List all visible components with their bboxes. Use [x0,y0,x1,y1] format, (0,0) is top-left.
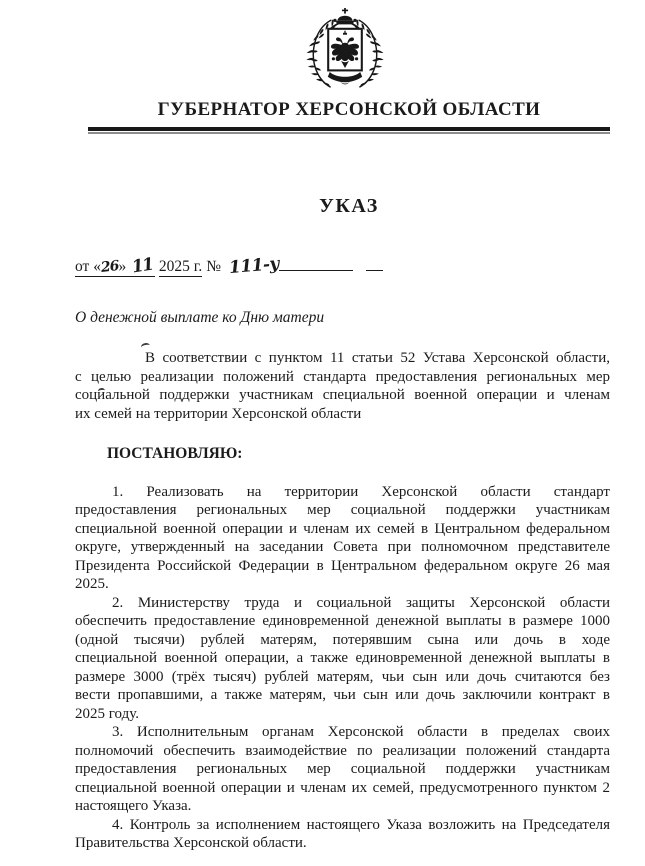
decree-document-page: ГУБЕРНАТОР ХЕРСОНСКОЙ ОБЛАСТИ УКАЗ от «2… [0,0,645,866]
text-line: размере 3000 (трёх тысяч) рублей матерям… [75,668,610,687]
decree-subject: О денежной выплате ко Дню матери [75,309,324,327]
year-field: 2025 г. [159,258,202,277]
rule-thin-line [88,132,610,134]
text-line: округе, утвержденный на заседании Совета… [75,538,610,557]
handwritten-decree-number: 111-у [228,254,280,278]
text-line: В соответствии с пунктом 11 статьи 52 Ус… [75,349,610,368]
text-line: настоящего Указа. [75,797,610,816]
text-line: Президента Российской Федерации в Центра… [75,557,610,576]
text-line: предоставления региональных мер социальн… [75,760,610,779]
date-prefix: от « [75,258,101,275]
decree-item-3: 3. Исполнительным органам Херсонской обл… [75,723,610,816]
text-line: вести пропавшими, а также матерям, чьи с… [75,686,610,705]
document-type-title: УКАЗ [88,195,610,218]
text-line: их семей на территории Херсонской област… [75,405,610,424]
decree-body: В соответствии с пунктом 11 статьи 52 Ус… [75,349,610,853]
number-sign: № [206,258,221,275]
text-line: 2. Министерству труда и социальной защит… [75,594,610,613]
text-line: 4. Контроль за исполнением настоящего Ук… [75,816,610,835]
rule-thick-line [88,127,610,131]
decree-item-1: 1. Реализовать на территории Херсонской … [75,483,610,594]
handwritten-day: 26 [100,258,119,276]
date-close-quote: » [118,258,126,275]
date-blank-field: от «26»11 [75,258,155,277]
text-line: специальной военной операции и членам их… [75,779,610,798]
scan-artifact [98,388,106,395]
decree-item-4: 4. Контроль за исполнением настоящего Ук… [75,816,610,853]
coat-of-arms-icon [297,8,393,96]
text-line: предоставления региональных мер социальн… [75,501,610,520]
text-line: полномочий обеспечить взаимодействие по … [75,742,610,761]
handwritten-month: 11 [131,255,155,278]
text-line: Правительства Херсонской области. [75,834,610,853]
letterhead-rule [88,127,610,134]
trailing-dash [366,261,383,271]
text-line: специальной военной операции и членам их… [75,520,610,539]
intro-paragraph: В соответствии с пунктом 11 статьи 52 Ус… [75,349,610,423]
text-line: 2025 году. [75,705,610,724]
text-line: 3. Исполнительным органам Херсонской обл… [75,723,610,742]
text-line: 1. Реализовать на территории Херсонской … [75,483,610,502]
text-line: социальной поддержки участникам специаль… [75,386,610,405]
organization-title: ГУБЕРНАТОР ХЕРСОНСКОЙ ОБЛАСТИ [88,99,610,121]
text-line: обеспечить предоставление единовременной… [75,612,610,631]
resolution-word: ПОСТАНОВЛЯЮ: [75,445,610,464]
text-line: (одной тысячи) рублей матерям, потерявши… [75,631,610,650]
text-line: специальной военной операции, а также ед… [75,649,610,668]
text-line: 2025. [75,575,610,594]
decree-item-2: 2. Министерству труда и социальной защит… [75,594,610,724]
date-number-line: от «26»112025 г.№111-у [75,256,383,276]
text-line: с целью реализации положений стандарта п… [75,368,610,387]
number-blank-line [279,257,353,271]
